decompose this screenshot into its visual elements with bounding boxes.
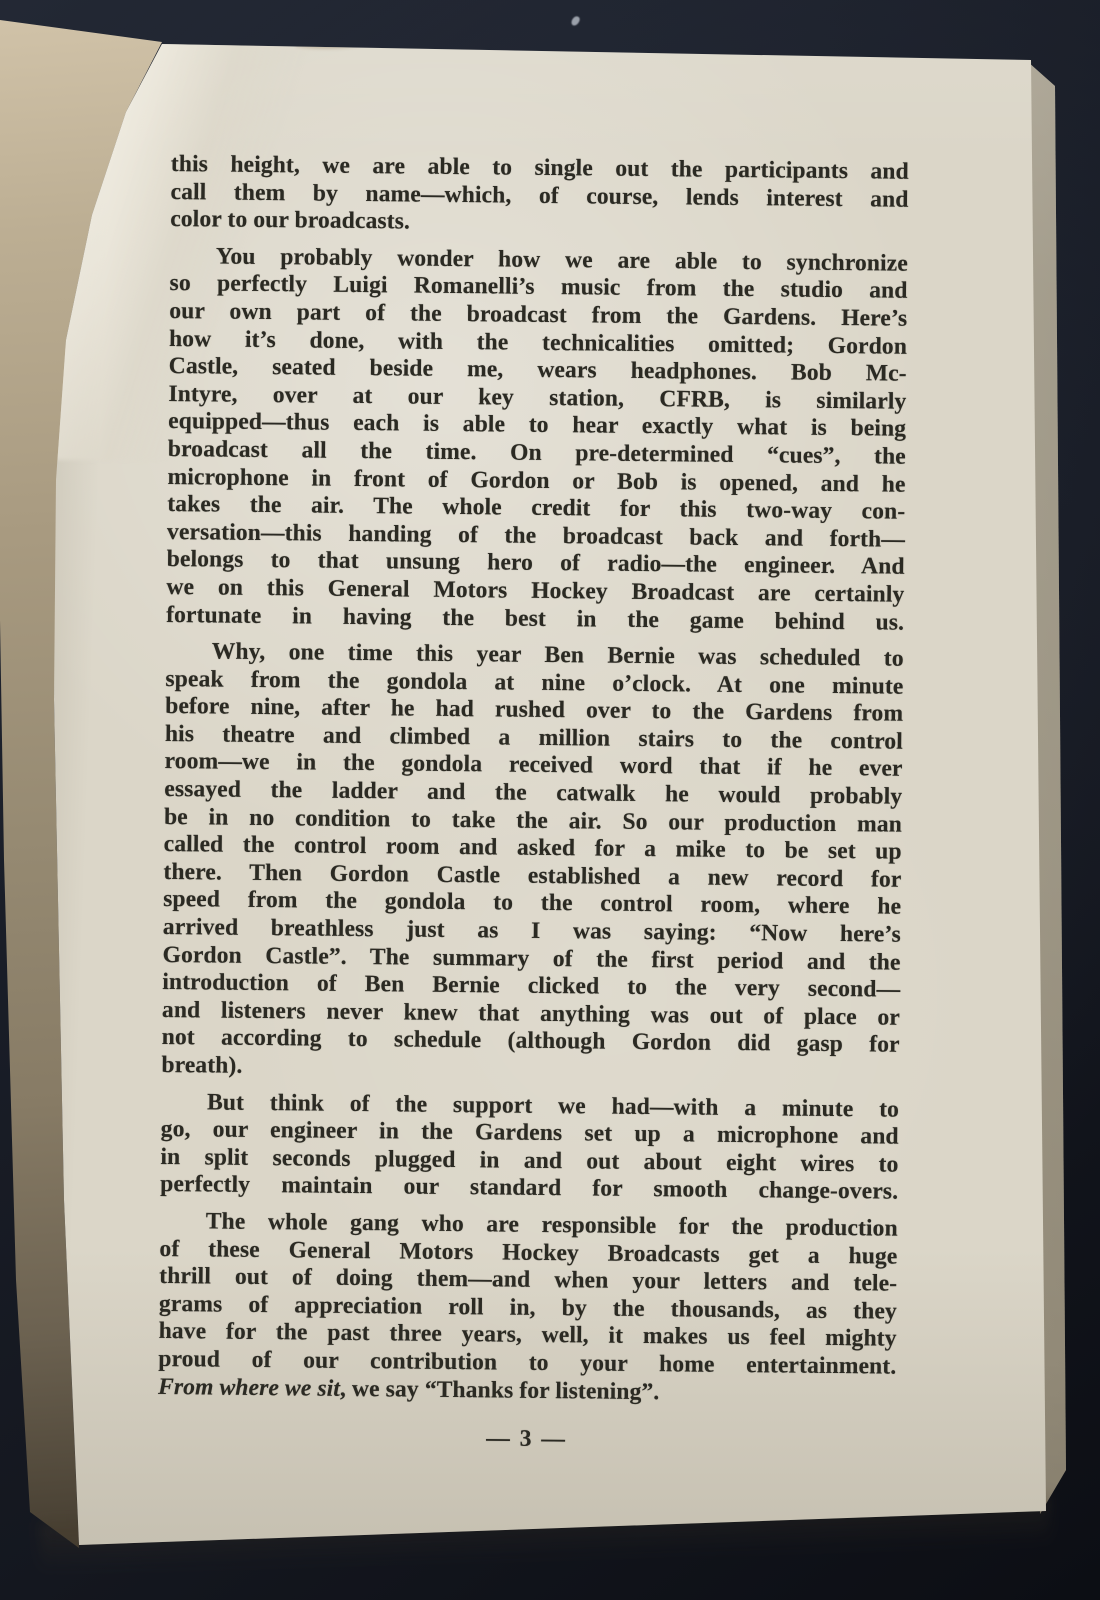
italic-text: From where we sit: [158, 1373, 340, 1401]
paragraph: You probably wonder how we are able to s…: [166, 243, 908, 637]
paragraph: this height, we are able to single out t…: [170, 151, 909, 242]
paragraph: Why, one time this year Ben Bernie was s…: [161, 638, 904, 1087]
dust-speck: [570, 15, 581, 27]
paragraph: But think of the support we had—with a m…: [160, 1089, 899, 1207]
page-stain: [296, 34, 370, 50]
page-text: this height, we are able to single out t…: [158, 151, 909, 1409]
scene-background: this height, we are able to single out t…: [0, 0, 1100, 1600]
paragraph: The whole gang who are responsible for t…: [158, 1208, 898, 1409]
page-text-block: this height, we are able to single out t…: [157, 151, 909, 1457]
page-stain-small: [946, 46, 972, 56]
regular-text: , we say “Thanks for listening”.: [340, 1375, 660, 1404]
